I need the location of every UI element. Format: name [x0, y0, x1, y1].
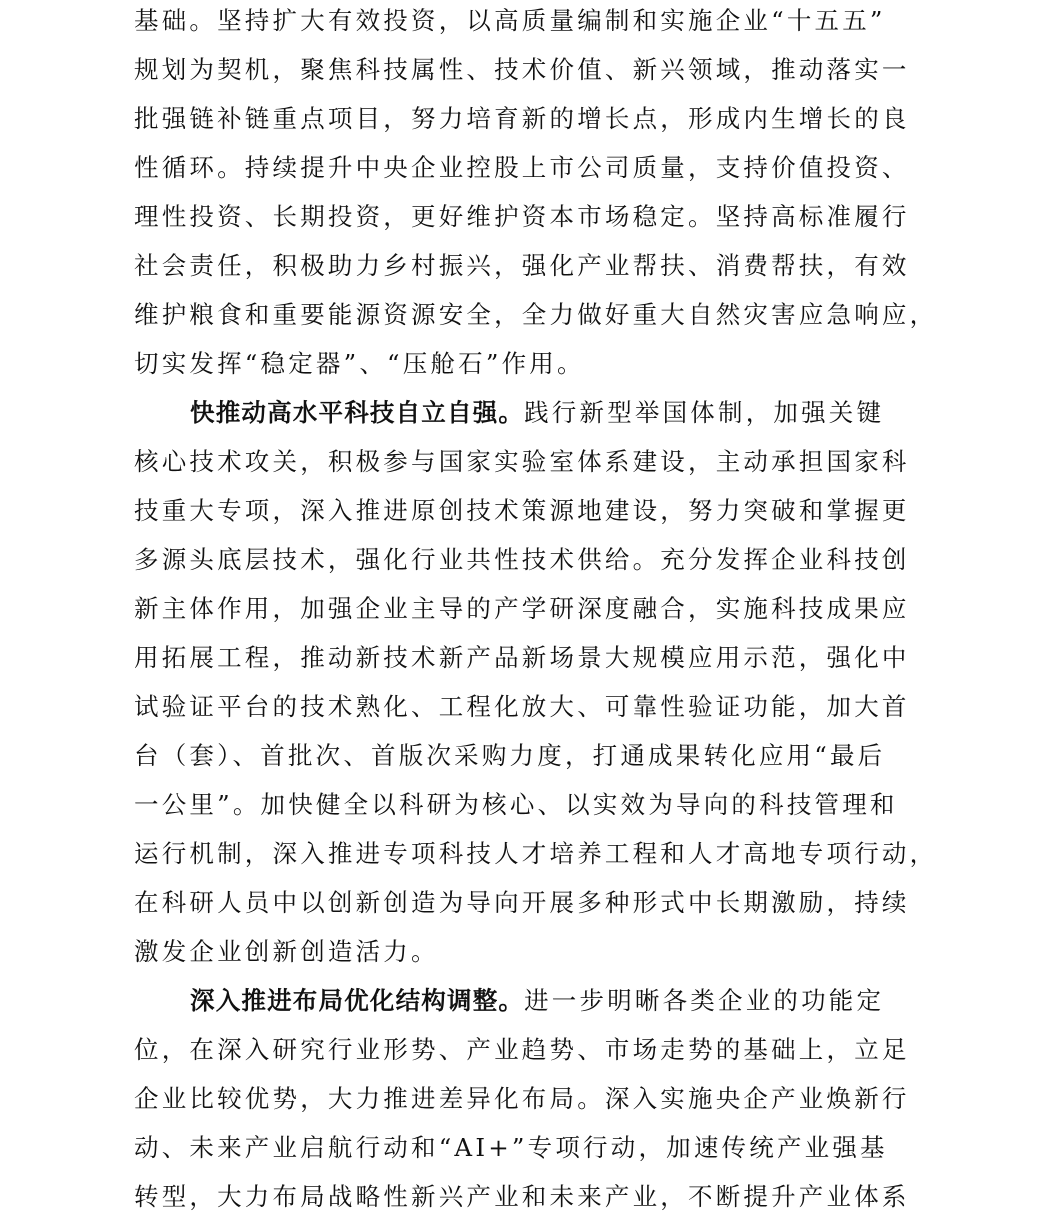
text-line: 社会责任，积极助力乡村振兴，强化产业帮扶、消费帮扶，有效: [134, 251, 914, 281]
section-heading: 深入推进布局优化结构调整。: [190, 986, 524, 1015]
text-line: 激发企业创新创造活力。: [134, 937, 914, 967]
text-line: 转型，大力布局战略性新兴产业和未来产业，不断提升产业体系: [134, 1182, 914, 1212]
text-line: 规划为契机，聚焦科技属性、技术价值、新兴领域，推动落实一: [134, 55, 914, 85]
text-line: 技重大专项，深入推进原创技术策源地建设，努力突破和掌握更: [134, 496, 914, 526]
text-line: 台（套）、首批次、首版次采购力度，打通成果转化应用“最后: [134, 741, 914, 771]
text-line: 用拓展工程，推动新技术新产品新场景大规模应用示范，强化中: [134, 643, 914, 673]
text-line: 企业比较优势，大力推进差异化布局。深入实施央企产业焕新行: [134, 1084, 914, 1114]
text-span: 进一步明晰各类企业的功能定: [524, 986, 884, 1015]
text-line: 性循环。持续提升中央企业控股上市公司质量，支持价值投资、: [134, 153, 914, 183]
text-line: 多源头底层技术，强化行业共性技术供给。充分发挥企业科技创: [134, 545, 914, 575]
text-line: 试验证平台的技术熟化、工程化放大、可靠性验证功能，加大首: [134, 692, 914, 722]
text-line: 一公里”。加快健全以科研为核心、以实效为导向的科技管理和: [134, 790, 914, 820]
text-line: 运行机制，深入推进专项科技人才培养工程和人才高地专项行动，: [134, 839, 914, 869]
text-line: 批强链补链重点项目，努力培育新的增长点，形成内生增长的良: [134, 104, 914, 134]
text-line: 基础。坚持扩大有效投资，以高质量编制和实施企业“十五五”: [134, 6, 914, 36]
paragraph-first-line: 深入推进布局优化结构调整。进一步明晰各类企业的功能定: [190, 986, 915, 1016]
text-line: 动、未来产业启航行动和“AI+”专项行动，加速传统产业强基: [134, 1133, 914, 1163]
text-line: 位，在深入研究行业形势、产业趋势、市场走势的基础上，立足: [134, 1035, 914, 1065]
text-line: 切实发挥“稳定器”、“压舱石”作用。: [134, 349, 914, 379]
paragraph-first-line: 快推动高水平科技自立自强。践行新型举国体制，加强关键: [190, 398, 915, 428]
text-line: 核心技术攻关，积极参与国家实验室体系建设，主动承担国家科: [134, 447, 914, 477]
text-line: 维护粮食和重要能源资源安全，全力做好重大自然灾害应急响应，: [134, 300, 914, 330]
text-line: 在科研人员中以创新创造为导向开展多种形式中长期激励，持续: [134, 888, 914, 918]
section-heading: 快推动高水平科技自立自强。: [190, 398, 524, 427]
text-line: 新主体作用，加强企业主导的产学研深度融合，实施科技成果应: [134, 594, 914, 624]
text-line: 理性投资、长期投资，更好维护资本市场稳定。坚持高标准履行: [134, 202, 914, 232]
text-span: 践行新型举国体制，加强关键: [524, 398, 884, 427]
document-page: 基础。坚持扩大有效投资，以高质量编制和实施企业“十五五” 规划为契机，聚焦科技属…: [0, 0, 1043, 1220]
